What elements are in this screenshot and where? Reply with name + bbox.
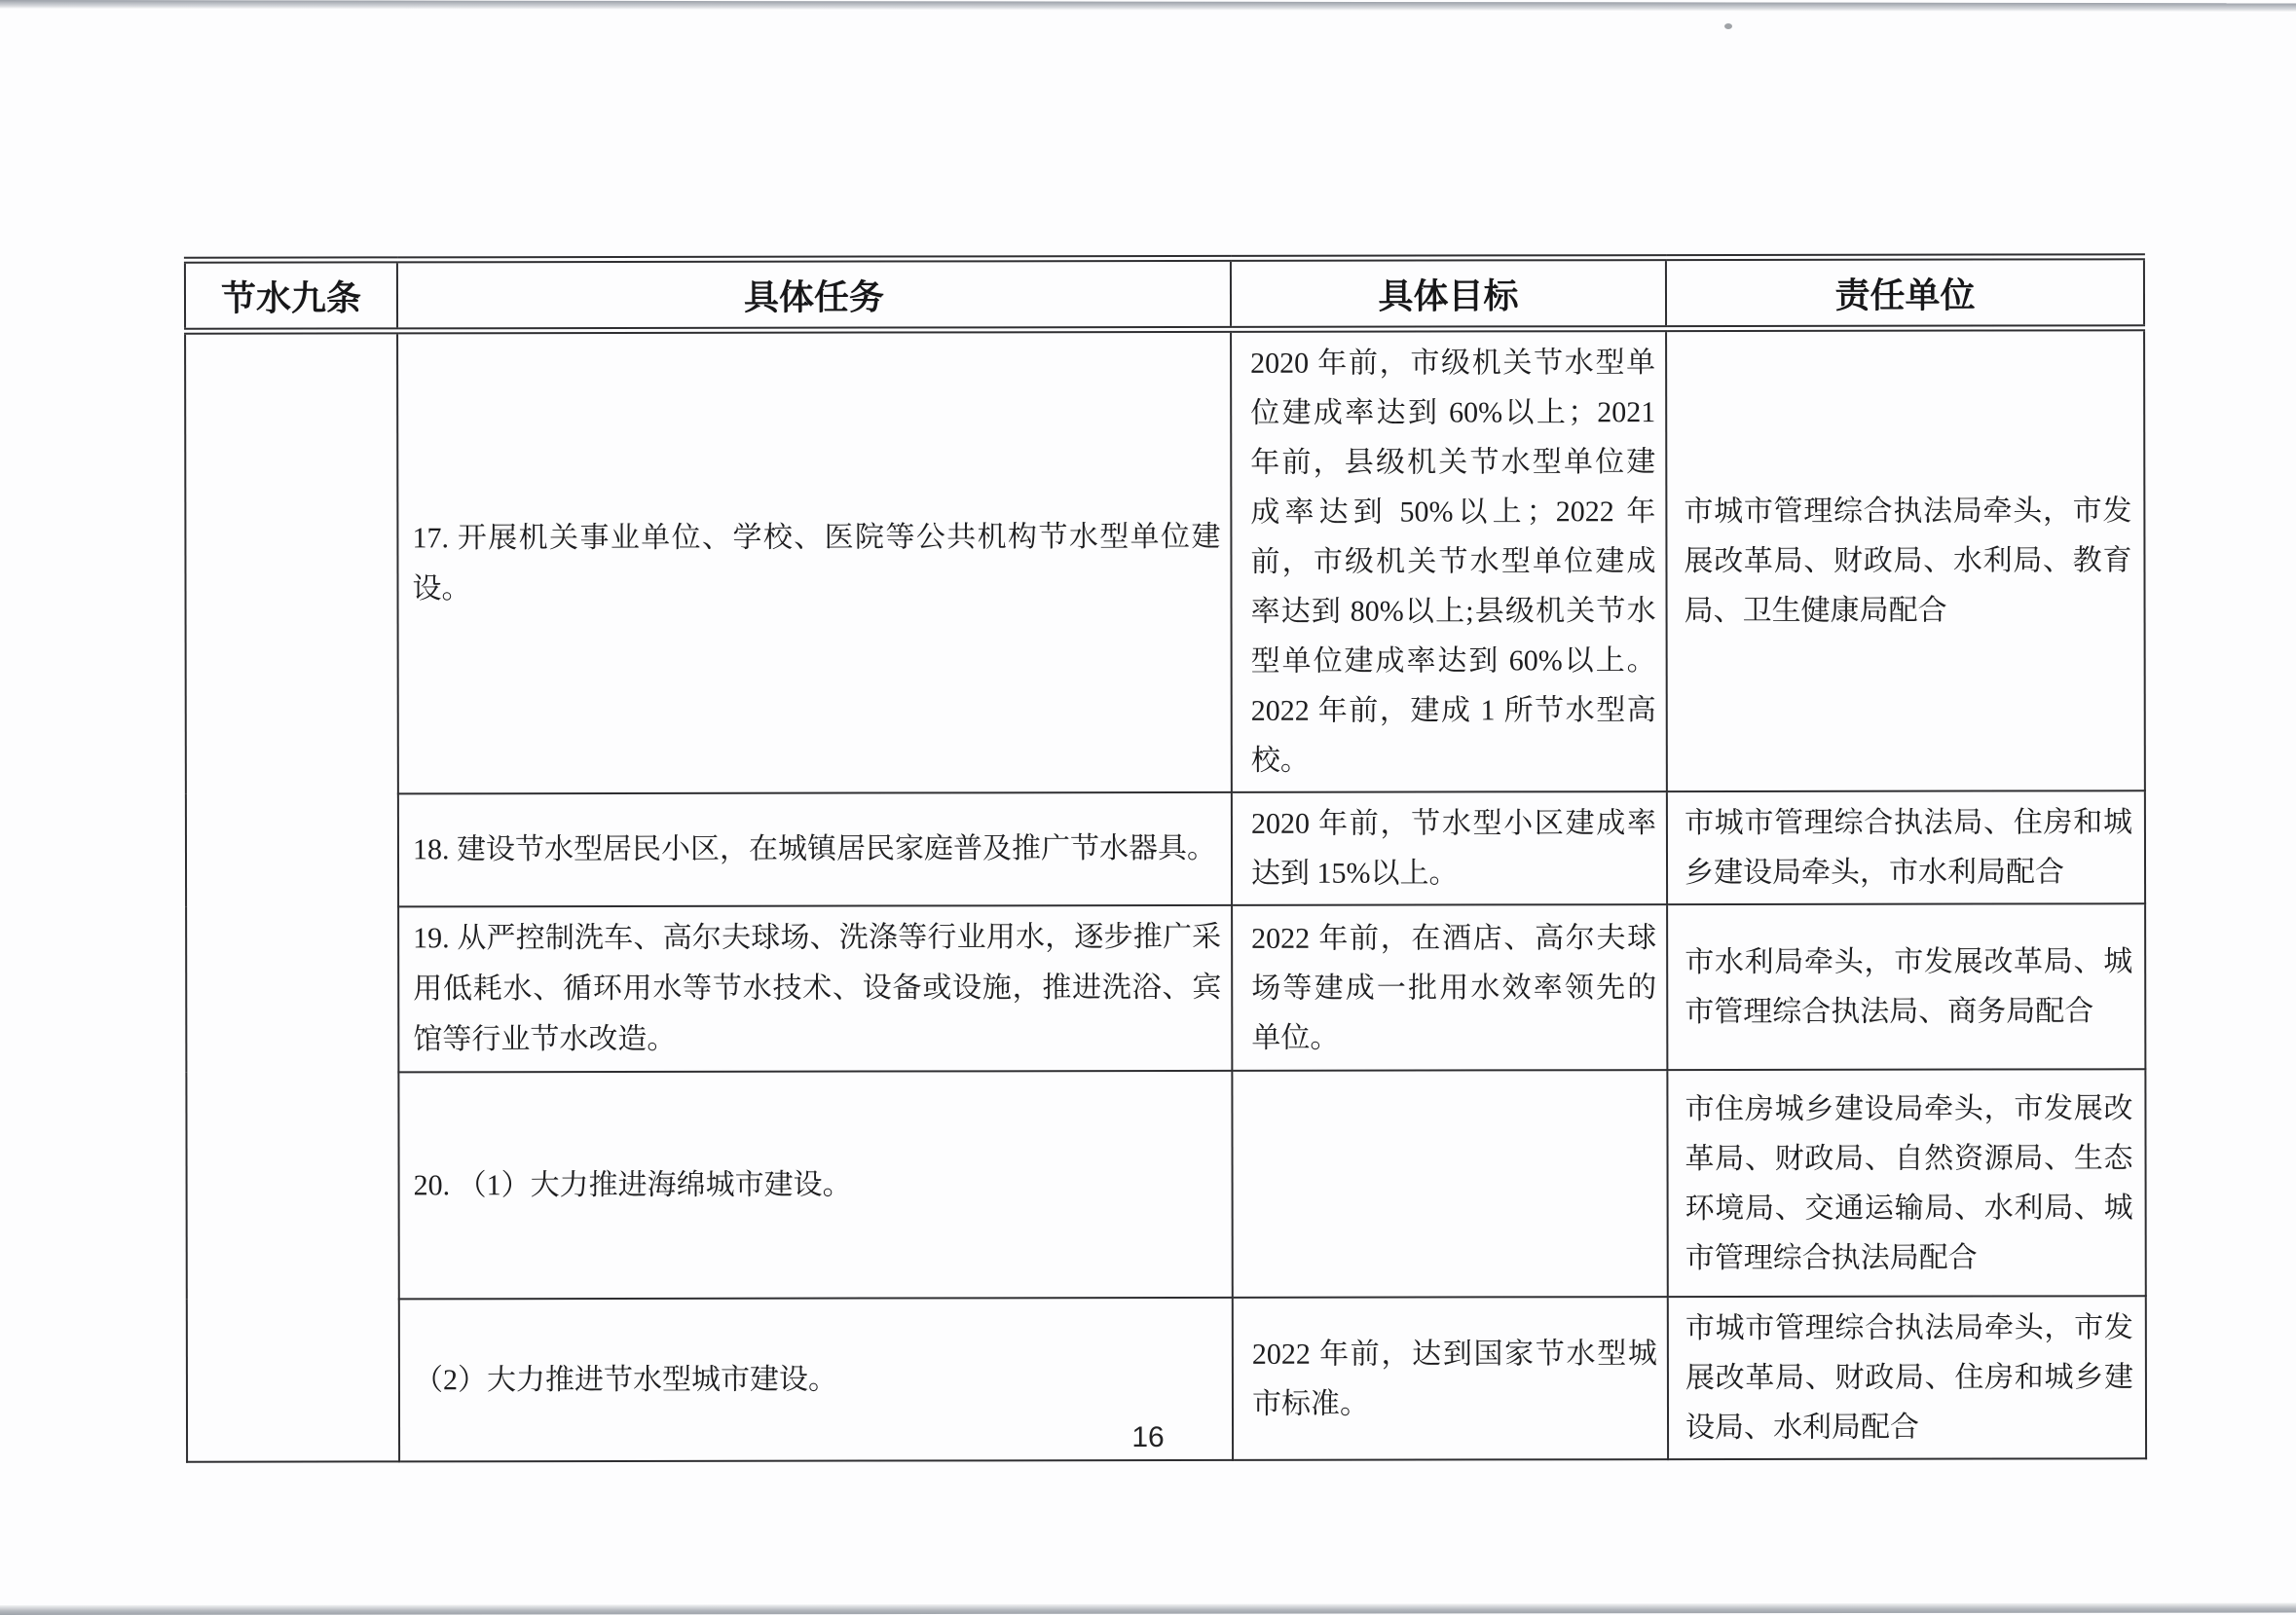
page-number: 16	[0, 1421, 2296, 1454]
goal-cell-18: 2020 年前，节水型小区建成率达到 15%以上。	[1232, 791, 1667, 905]
column-header-task: 具体任务	[397, 258, 1231, 330]
column-header-unit: 责任单位	[1666, 257, 2144, 329]
category-merged-cell	[185, 331, 399, 1462]
goal-cell-17: 2020 年前，市级机关节水型单位建成率达到 60%以上；2021 年前，县级机…	[1231, 329, 1667, 792]
unit-cell-17: 市城市管理综合执法局牵头，市发展改革局、财政局、水利局、教育局、卫生健康局配合	[1666, 328, 2145, 791]
scan-edge-top	[0, 0, 2296, 12]
table-row-20-1: 20. （1）大力推进海绵城市建设。 市住房城乡建设局牵头，市发展改革局、财政局…	[186, 1069, 2145, 1300]
unit-cell-20-1: 市住房城乡建设局牵头，市发展改革局、财政局、自然资源局、生态环境局、交通运输局、…	[1667, 1069, 2145, 1297]
table-row-18: 18. 建设节水型居民小区，在城镇居民家庭普及推广节水器具。 2020 年前，节…	[186, 790, 2145, 907]
unit-cell-19: 市水利局牵头，市发展改革局、城市管理综合执法局、商务局配合	[1667, 903, 2145, 1070]
task-cell-19: 19. 从严控制洗车、高尔夫球场、洗涤等行业用水，逐步推广采用低耗水、循环用水等…	[398, 905, 1232, 1072]
unit-cell-18: 市城市管理综合执法局、住房和城乡建设局牵头，市水利局配合	[1667, 790, 2145, 904]
table-row-19: 19. 从严控制洗车、高尔夫球场、洗涤等行业用水，逐步推广采用低耗水、循环用水等…	[186, 903, 2145, 1073]
goal-cell-19: 2022 年前，在酒店、高尔夫球场等建成一批用水效率领先的单位。	[1232, 904, 1667, 1071]
goal-cell-20-1	[1232, 1070, 1667, 1298]
scan-edge-bottom	[0, 1603, 2296, 1615]
task-cell-20-1: 20. （1）大力推进海绵城市建设。	[398, 1071, 1232, 1299]
scan-speck	[1724, 23, 1732, 29]
water-saving-tasks-table: 节水九条 具体任务 具体目标 责任单位 17. 开展机关事业单位、学校、医院等公…	[184, 253, 2147, 1463]
table-header-row: 节水九条 具体任务 具体目标 责任单位	[185, 257, 2144, 332]
task-cell-17: 17. 开展机关事业单位、学校、医院等公共机构节水型单位建设。	[397, 329, 1232, 793]
table-row-17: 17. 开展机关事业单位、学校、医院等公共机构节水型单位建设。 2020 年前，…	[185, 328, 2145, 794]
task-cell-18: 18. 建设节水型居民小区，在城镇居民家庭普及推广节水器具。	[398, 792, 1232, 906]
column-header-category: 节水九条	[185, 260, 397, 331]
column-header-goal: 具体目标	[1231, 258, 1666, 330]
